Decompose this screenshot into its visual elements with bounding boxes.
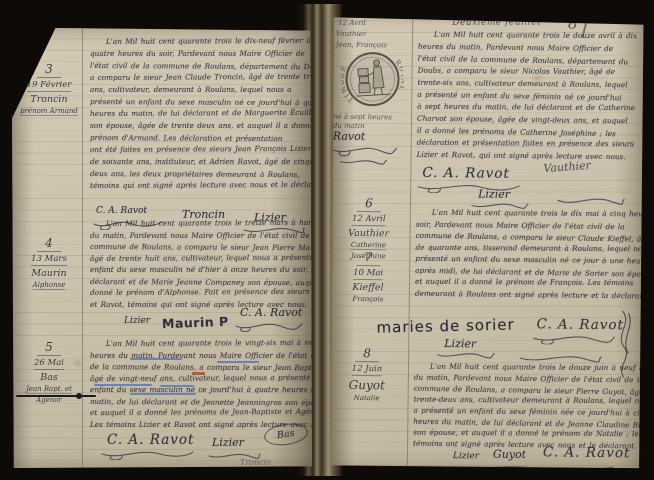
signature-lizier: Lizier: [124, 316, 150, 326]
entry-detail: Alphonse: [33, 281, 66, 290]
blue-underline-mark: [130, 358, 182, 360]
signature-ravot: C. A. Ravot: [107, 432, 194, 448]
paraph-flourish: [556, 192, 626, 207]
entry-date: 12 Juin: [352, 364, 383, 376]
signature-maurin: Maurin P: [162, 314, 229, 331]
signature-flourish: [445, 461, 615, 473]
signature-flourish: [242, 223, 306, 235]
blue-underline-mark: [160, 385, 194, 387]
margin-rule: [82, 28, 83, 468]
entry-date: 13 Mars: [31, 254, 67, 266]
entry-date: 19 Février: [27, 80, 72, 92]
right-page: Deuxième feuillet 8 12 Avril Vauthier Je…: [330, 10, 646, 470]
blue-underline-mark: [217, 361, 259, 363]
signature-guyot: Guyot: [493, 448, 526, 461]
entry-detail2: Agénor: [36, 396, 62, 404]
signature-flourish: [234, 320, 304, 332]
entry-date: 10 Mai: [353, 268, 383, 280]
entry-detail: prénom Armand: [20, 107, 78, 116]
signature-ravot: C. A. Ravot: [536, 316, 624, 333]
signature-ravot: C. A. Ravot: [96, 206, 147, 216]
signature-flourish: [470, 199, 530, 210]
signature-troncin: Troncin: [182, 208, 225, 221]
entry-detail: Natalie: [354, 394, 380, 402]
margin-entry-8: 8 12 Juin Guyot Natalie: [332, 346, 403, 405]
signature-marie-de-sorier: maries de sorier: [376, 316, 515, 337]
red-underline-mark: [192, 372, 205, 375]
margin-entry-3: 3 19 Février Troncin prénom Armand: [18, 62, 80, 118]
entry-name: Guyot: [349, 378, 385, 392]
act-text-3: L'an Mil huit cent quarante trois le dou…: [413, 361, 636, 452]
signature-troncin-faint: Troncin: [240, 458, 271, 467]
margin-rule: [407, 11, 414, 471]
act-text-2: L'an Mil huit cent quarante trois le dix…: [415, 207, 638, 302]
signature-lizier: Lizier: [212, 436, 244, 449]
signature-lizier: Lizier: [453, 451, 479, 461]
signature-flourish: [92, 218, 164, 230]
scanned-register-spread: 3 19 Février Troncin prénom Armand 4 13 …: [0, 0, 654, 480]
entry-number: 7: [356, 250, 380, 266]
entry-number: 5: [37, 340, 61, 356]
blue-underline-mark: [130, 393, 196, 395]
entry-detail: François: [352, 295, 383, 303]
right-page-content: Deuxième feuillet 8 12 Avril Vauthier Je…: [325, 10, 647, 474]
signature-flourish: [436, 349, 496, 360]
signature-flourish: [100, 448, 195, 460]
margin-signature-ravot: Ravot: [333, 130, 366, 143]
signature-vauthier: Vauthier: [543, 159, 591, 176]
entry-name: Vauthier: [348, 228, 389, 239]
margin-note-line: Vauthier: [336, 29, 366, 40]
entry-number: 8: [355, 346, 379, 362]
page-header-title: Deuxième feuillet: [452, 17, 541, 27]
entry-number: 3: [37, 62, 61, 78]
ink-dash-mark: [16, 395, 96, 397]
entry-date: 12 Avril: [352, 214, 386, 226]
entry-name: Maurin: [31, 268, 66, 279]
entry-name: Bas: [40, 372, 58, 383]
timbre-royal-stamp: TIMBRE ROYAL: [340, 46, 405, 111]
entry-name: Kieffel: [352, 282, 383, 293]
margin-entry-4: 4 13 Mars Maurin Alphonse: [18, 236, 80, 292]
signature-flourish: [531, 332, 616, 345]
act-text-1: L'an Mil huit cent quarante trois le dix…: [90, 36, 308, 192]
entry-name: Troncin: [30, 94, 67, 105]
margin-note-line: 12 Avril: [338, 18, 366, 29]
entry-number: 6: [357, 196, 381, 212]
act-text-1: L'an Mil huit cent quarante trois le dou…: [417, 29, 641, 164]
signature-ravot: C. A. Ravot: [543, 444, 631, 461]
entry-number: 4: [37, 236, 61, 252]
left-page: 3 19 Février Troncin prénom Armand 4 13 …: [12, 28, 312, 468]
blue-underline-mark: [94, 384, 152, 386]
margin-entry-7: 7 10 Mai Kieffel François: [333, 250, 404, 306]
paraph-flourish: [518, 350, 603, 365]
signature-ravot: C. A. Ravot: [422, 165, 510, 182]
signature-flourish: [338, 156, 388, 167]
entry-date: 26 Mai: [34, 358, 64, 370]
signature-ravot: C. A. Ravot: [240, 306, 302, 319]
entry-detail: Catherine: [351, 241, 386, 250]
entry-detail: Jean Bapt. et: [26, 385, 72, 394]
vertical-loop-flourish: [612, 309, 635, 379]
